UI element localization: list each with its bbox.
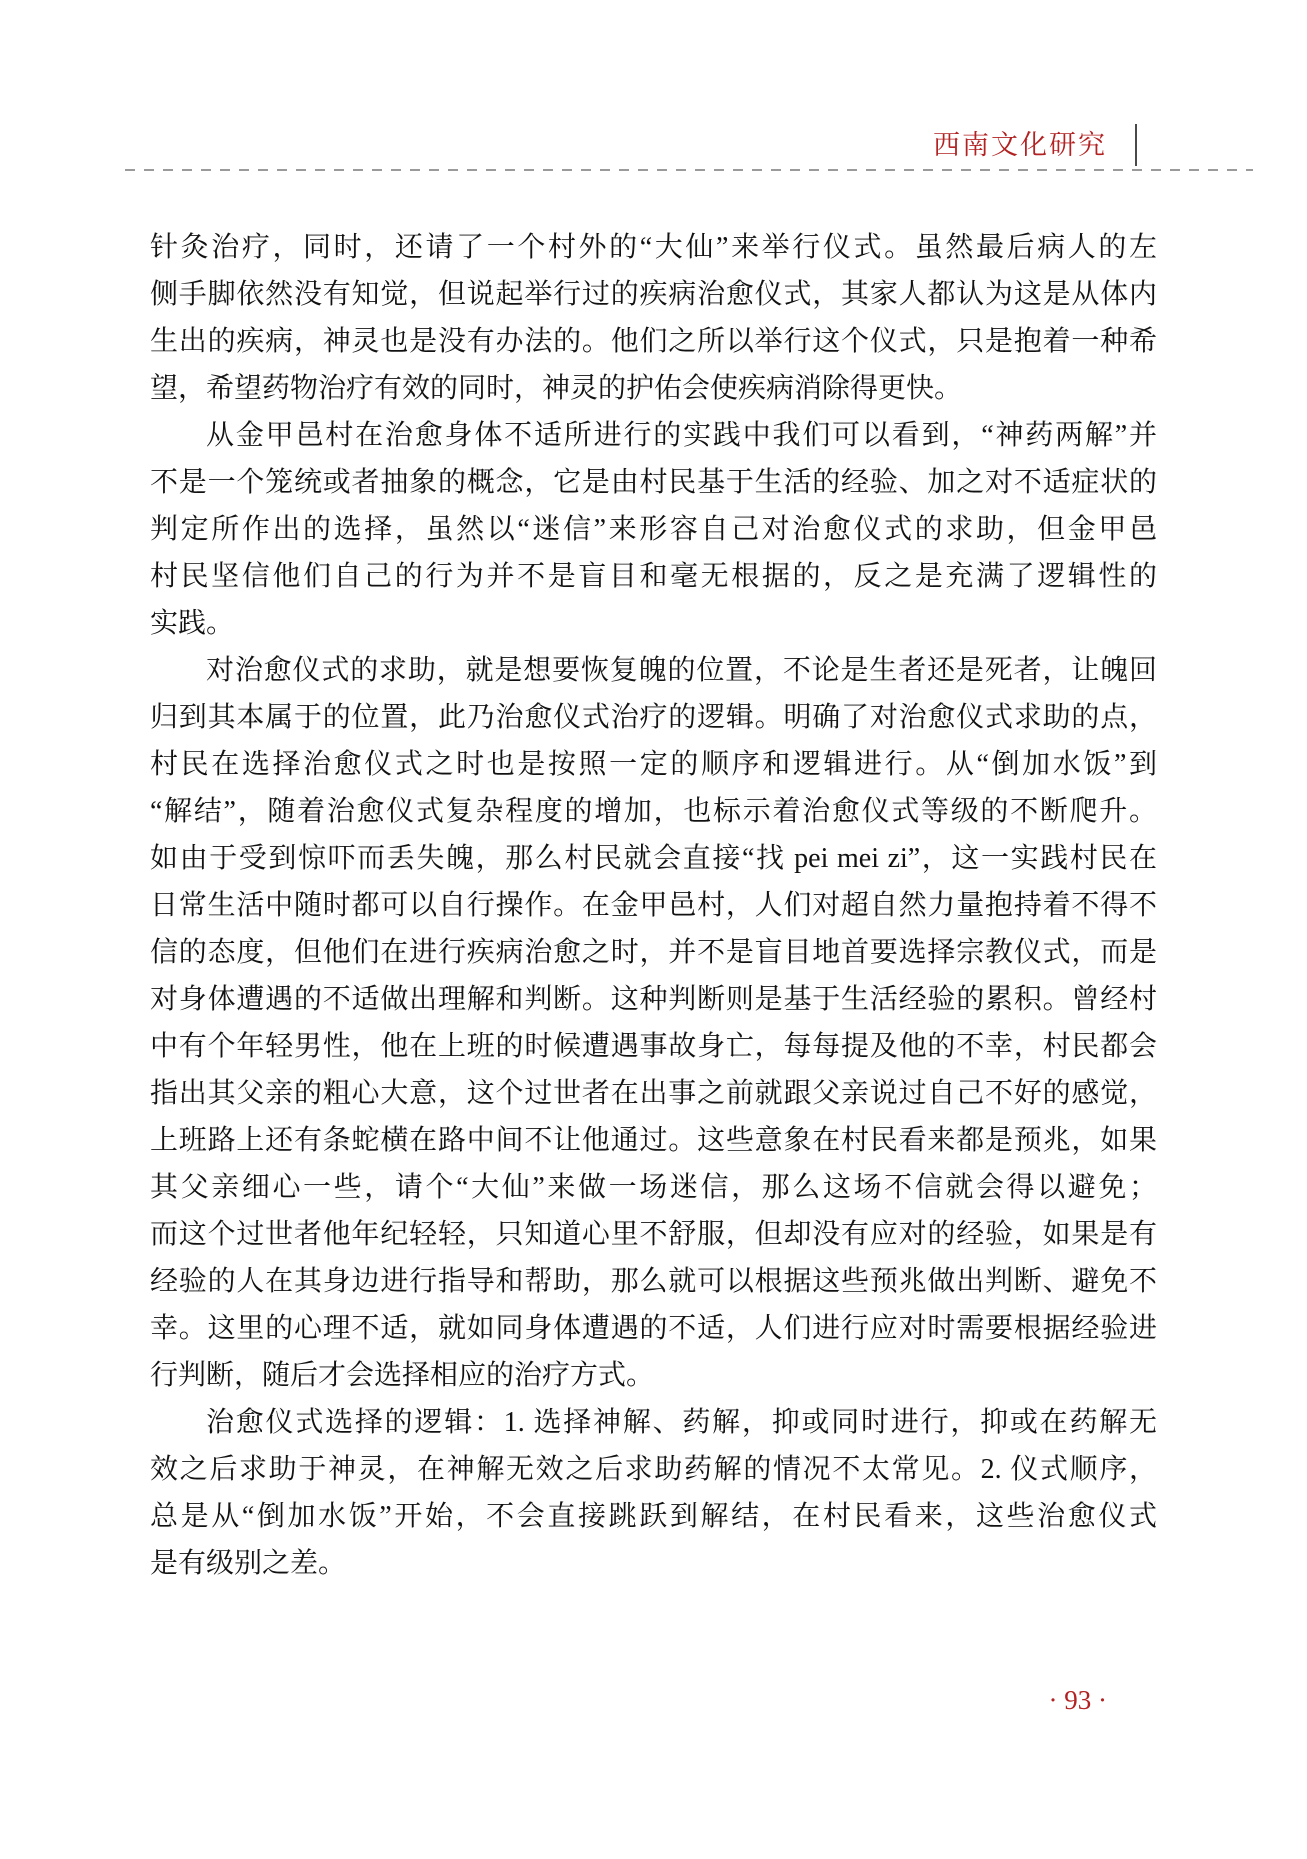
- text-line: 从金甲邑村在治愈身体不适所进行的实践中我们可以看到，“神药两解”并: [150, 412, 1157, 459]
- text-line: 判定所作出的选择，虽然以“迷信”来形容自己对治愈仪式的求助，但金甲邑: [150, 506, 1157, 553]
- text-line: 指出其父亲的粗心大意，这个过世者在出事之前就跟父亲说过自己不好的感觉，: [150, 1070, 1157, 1117]
- text-line: 如由于受到惊吓而丢失魄，那么村民就会直接“找 pei mei zi”，这一实践村…: [150, 835, 1157, 882]
- text-line: 不是一个笼统或者抽象的概念，它是由村民基于生活的经验、加之对不适症状的: [150, 459, 1157, 506]
- text-line: 对治愈仪式的求助，就是想要恢复魄的位置，不论是生者还是死者，让魄回: [150, 647, 1157, 694]
- text-line: 治愈仪式选择的逻辑：1. 选择神解、药解，抑或同时进行，抑或在药解无: [150, 1399, 1157, 1446]
- page: 西南文化研究 针灸治疗，同时，还请了一个村外的“大仙”来举行仪式。虽然最后病人的…: [0, 0, 1307, 1859]
- text-line: 日常生活中随时都可以自行操作。在金甲邑村，人们对超自然力量抱持着不得不: [150, 882, 1157, 929]
- text-line: 效之后求助于神灵，在神解无效之后求助药解的情况不太常见。2. 仪式顺序，: [150, 1446, 1157, 1493]
- text-line: 而这个过世者他年纪轻轻，只知道心里不舒服，但却没有应对的经验，如果是有: [150, 1211, 1157, 1258]
- text-line: 信的态度，但他们在进行疾病治愈之时，并不是盲目地首要选择宗教仪式，而是: [150, 929, 1157, 976]
- text-line: 针灸治疗，同时，还请了一个村外的“大仙”来举行仪式。虽然最后病人的左: [150, 224, 1157, 271]
- page-number: · 93 ·: [1049, 1682, 1107, 1718]
- text-line: 望，希望药物治疗有效的同时，神灵的护佑会使疾病消除得更快。: [150, 365, 1157, 412]
- text-line: 村民坚信他们自己的行为并不是盲目和毫无根据的，反之是充满了逻辑性的: [150, 553, 1157, 600]
- page-header: 西南文化研究: [933, 122, 1137, 168]
- text-line: 经验的人在其身边进行指导和帮助，那么就可以根据这些预兆做出判断、避免不: [150, 1258, 1157, 1305]
- journal-title: 西南文化研究: [933, 122, 1107, 168]
- text-line: 实践。: [150, 600, 1157, 647]
- body-text: 针灸治疗，同时，还请了一个村外的“大仙”来举行仪式。虽然最后病人的左侧手脚依然没…: [150, 224, 1157, 1587]
- text-line: 归到其本属于的位置，此乃治愈仪式治疗的逻辑。明确了对治愈仪式求助的点，: [150, 694, 1157, 741]
- text-line: 生出的疾病，神灵也是没有办法的。他们之所以举行这个仪式，只是抱着一种希: [150, 318, 1157, 365]
- header-dashed-divider: [125, 169, 1253, 171]
- text-line: 行判断，随后才会选择相应的治疗方式。: [150, 1352, 1157, 1399]
- text-line: 侧手脚依然没有知觉，但说起举行过的疾病治愈仪式，其家人都认为这是从体内: [150, 271, 1157, 318]
- text-line: 村民在选择治愈仪式之时也是按照一定的顺序和逻辑进行。从“倒加水饭”到: [150, 741, 1157, 788]
- text-line: 中有个年轻男性，他在上班的时候遭遇事故身亡，每每提及他的不幸，村民都会: [150, 1023, 1157, 1070]
- text-line: 是有级别之差。: [150, 1540, 1157, 1587]
- text-line: “解结”，随着治愈仪式复杂程度的增加，也标示着治愈仪式等级的不断爬升。: [150, 788, 1157, 835]
- text-line: 对身体遭遇的不适做出理解和判断。这种判断则是基于生活经验的累积。曾经村: [150, 976, 1157, 1023]
- text-line: 总是从“倒加水饭”开始，不会直接跳跃到解结，在村民看来，这些治愈仪式: [150, 1493, 1157, 1540]
- text-line: 上班路上还有条蛇横在路中间不让他通过。这些意象在村民看来都是预兆，如果: [150, 1117, 1157, 1164]
- header-vertical-rule: [1135, 124, 1137, 166]
- text-line: 其父亲细心一些，请个“大仙”来做一场迷信，那么这场不信就会得以避免；: [150, 1164, 1157, 1211]
- text-line: 幸。这里的心理不适，就如同身体遭遇的不适，人们进行应对时需要根据经验进: [150, 1305, 1157, 1352]
